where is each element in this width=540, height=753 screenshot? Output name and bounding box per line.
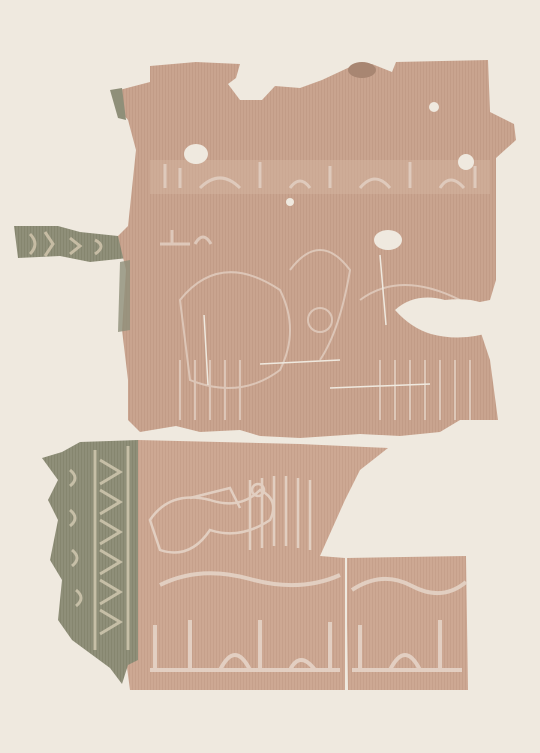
upper-left-border-strip: [14, 226, 128, 262]
upper-fragment: [110, 60, 516, 438]
textile-photograph: [0, 0, 540, 753]
lower-right-fragment: [346, 556, 468, 690]
lower-left-border-band: [42, 440, 138, 684]
